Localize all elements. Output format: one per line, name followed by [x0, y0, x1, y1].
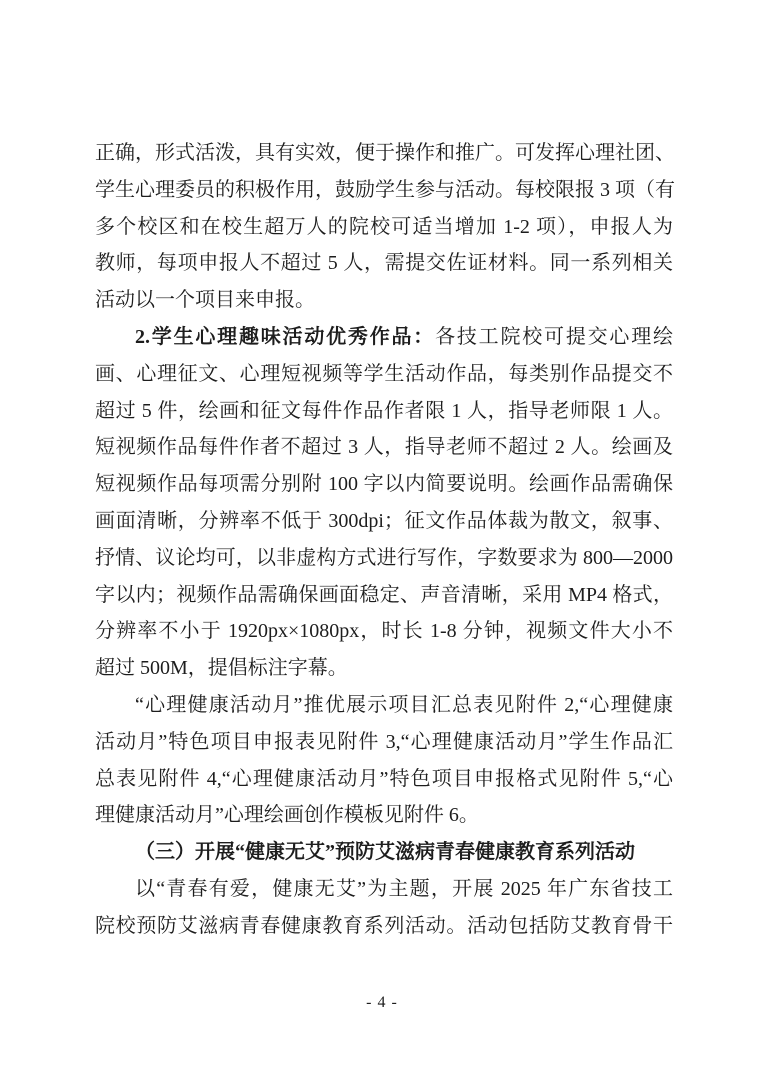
text-segment: 正确，形式活泼，具有实效，便于操作和推广。可发挥心理社团、 [95, 142, 675, 164]
text-line: 短视频作品每项需分别附 100 字以内简要说明。绘画作品需确保 [95, 466, 673, 503]
text-segment: 抒情、议论均可，以非虚构方式进行写作，字数要求为 800—2000 [95, 547, 673, 569]
text-line: 理健康活动月”心理绘画创作模板见附件 6。 [95, 797, 673, 834]
text-segment: 各技工院校可提交心理绘 [435, 326, 673, 348]
text-line: 短视频作品每件作者不超过 3 人，指导老师不超过 2 人。绘画及 [95, 429, 673, 466]
text-line: 以“青春有爱，健康无艾”为主题，开展 2025 年广东省技工 [95, 871, 673, 908]
text-segment: 教师，每项申报人不超过 5 人，需提交佐证材料。同一系列相关 [95, 252, 673, 274]
text-line: 字以内；视频作品需确保画面稳定、声音清晰，采用 MP4 格式， [95, 577, 673, 614]
text-line: 学生心理委员的积极作用，鼓励学生参与活动。每校限报 3 项（有 [95, 172, 673, 209]
page-number: - 4 - [0, 994, 764, 1012]
text-line: 画面清晰，分辨率不低于 300dpi；征文作品体裁为散文，叙事、 [95, 503, 673, 540]
text-segment: “心理健康活动月”推优展示项目汇总表见附件 2,“心理健康 [135, 694, 673, 716]
text-segment: 字以内；视频作品需确保画面稳定、声音清晰，采用 MP4 格式， [95, 584, 673, 606]
bold-text-segment: （三）开展“健康无艾”预防艾滋病青春健康教育系列活动 [135, 841, 635, 863]
text-segment: 超过 500M，提倡标注字幕。 [95, 657, 348, 679]
paragraph: （三）开展“健康无艾”预防艾滋病青春健康教育系列活动 [95, 834, 673, 871]
text-segment: 画、心理征文、心理短视频等学生活动作品，每类别作品提交不 [95, 363, 673, 385]
document-body: 正确，形式活泼，具有实效，便于操作和推广。可发挥心理社团、学生心理委员的积极作用… [95, 135, 673, 945]
text-segment: 画面清晰，分辨率不低于 300dpi；征文作品体裁为散文，叙事、 [95, 510, 673, 532]
text-segment: 学生心理委员的积极作用，鼓励学生参与活动。每校限报 3 项（有 [95, 179, 675, 201]
text-line: 活动以一个项目来申报。 [95, 282, 673, 319]
text-segment: 多个校区和在校生超万人的院校可适当增加 1-2 项），申报人为 [95, 216, 673, 238]
paragraph: 正确，形式活泼，具有实效，便于操作和推广。可发挥心理社团、学生心理委员的积极作用… [95, 135, 673, 319]
text-line: 2.学生心理趣味活动优秀作品：各技工院校可提交心理绘 [95, 319, 673, 356]
text-line: 多个校区和在校生超万人的院校可适当增加 1-2 项），申报人为 [95, 209, 673, 246]
text-line: 超过 500M，提倡标注字幕。 [95, 650, 673, 687]
text-line: 超过 5 件，绘画和征文每件作品作者限 1 人，指导老师限 1 人。 [95, 393, 673, 430]
paragraph: 2.学生心理趣味活动优秀作品：各技工院校可提交心理绘画、心理征文、心理短视频等学… [95, 319, 673, 687]
text-line: “心理健康活动月”推优展示项目汇总表见附件 2,“心理健康 [95, 687, 673, 724]
text-segment: 活动月”特色项目申报表见附件 3,“心理健康活动月”学生作品汇 [95, 731, 673, 753]
text-line: 总表见附件 4,“心理健康活动月”特色项目申报格式见附件 5,“心 [95, 761, 673, 798]
text-line: 画、心理征文、心理短视频等学生活动作品，每类别作品提交不 [95, 356, 673, 393]
text-line: 正确，形式活泼，具有实效，便于操作和推广。可发挥心理社团、 [95, 135, 673, 172]
text-segment: 院校预防艾滋病青春健康教育系列活动。活动包括防艾教育骨干 [95, 915, 673, 937]
bold-text-segment: 2.学生心理趣味活动优秀作品： [135, 326, 435, 348]
text-segment: 短视频作品每件作者不超过 3 人，指导老师不超过 2 人。绘画及 [95, 436, 673, 458]
text-segment: 超过 5 件，绘画和征文每件作品作者限 1 人，指导老师限 1 人。 [95, 400, 673, 422]
text-line: （三）开展“健康无艾”预防艾滋病青春健康教育系列活动 [95, 834, 673, 871]
paragraph: 以“青春有爱，健康无艾”为主题，开展 2025 年广东省技工院校预防艾滋病青春健… [95, 871, 673, 945]
text-segment: 分辨率不小于 1920px×1080px，时长 1-8 分钟，视频文件大小不 [95, 620, 673, 642]
text-segment: 理健康活动月”心理绘画创作模板见附件 6。 [95, 804, 479, 826]
text-line: 教师，每项申报人不超过 5 人，需提交佐证材料。同一系列相关 [95, 245, 673, 282]
text-line: 活动月”特色项目申报表见附件 3,“心理健康活动月”学生作品汇 [95, 724, 673, 761]
text-segment: 短视频作品每项需分别附 100 字以内简要说明。绘画作品需确保 [95, 473, 673, 495]
text-segment: 活动以一个项目来申报。 [95, 289, 315, 311]
text-segment: 以“青春有爱，健康无艾”为主题，开展 2025 年广东省技工 [135, 878, 673, 900]
text-segment: 总表见附件 4,“心理健康活动月”特色项目申报格式见附件 5,“心 [95, 768, 673, 790]
text-line: 院校预防艾滋病青春健康教育系列活动。活动包括防艾教育骨干 [95, 908, 673, 945]
document-page: 正确，形式活泼，具有实效，便于操作和推广。可发挥心理社团、学生心理委员的积极作用… [0, 0, 764, 1080]
text-line: 抒情、议论均可，以非虚构方式进行写作，字数要求为 800—2000 [95, 540, 673, 577]
text-line: 分辨率不小于 1920px×1080px，时长 1-8 分钟，视频文件大小不 [95, 613, 673, 650]
paragraph: “心理健康活动月”推优展示项目汇总表见附件 2,“心理健康活动月”特色项目申报表… [95, 687, 673, 834]
